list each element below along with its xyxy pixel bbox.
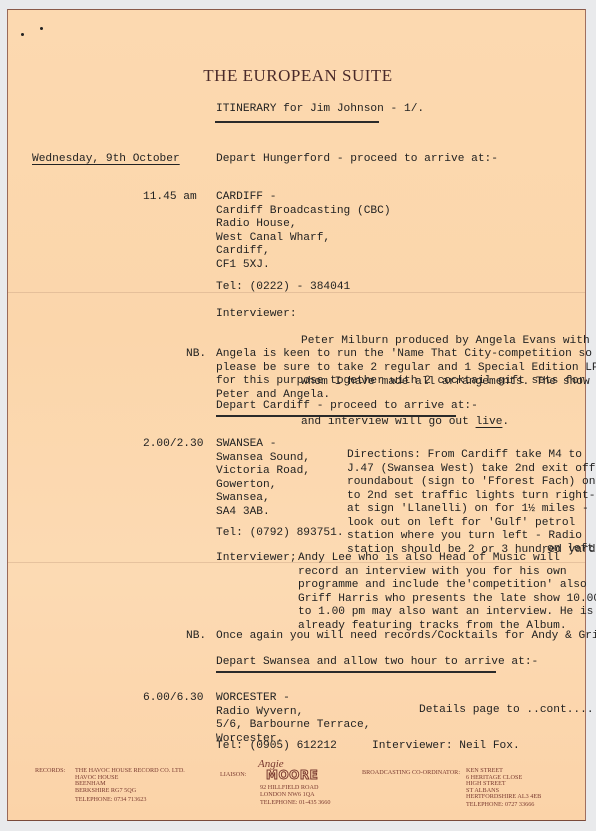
depart-underline <box>216 671 496 673</box>
text-line: CF1 5XJ. <box>216 259 391 273</box>
text-line: HERTFORDSHIRE AL3 4EB <box>466 794 541 801</box>
text-line: SA4 3AB. <box>216 506 310 520</box>
stop-telephone: Tel: (0222) - 384041 <box>216 281 350 295</box>
records-address: THE HAVOC HOUSE RECORD CO. LTD.HAVOC HOU… <box>75 768 185 794</box>
stop-telephone: Tel: (0792) 893751. <box>216 527 344 541</box>
text-line: LONDON NW6 1QA <box>260 792 318 799</box>
text-line: to 1.00 pm may also want an interview. H… <box>298 606 596 620</box>
text-line: Cardiff, <box>216 245 391 259</box>
text-line: Peter Milburn produced by Angela Evans w… <box>301 335 590 349</box>
liaison-address: 92 HILLFIELD ROADLONDON NW6 1QA <box>260 785 318 798</box>
continued-note: Details page to ..cont.... <box>419 704 594 718</box>
nb-label: NB. <box>186 630 206 644</box>
interviewer-note: Interviewer: Neil Fox. <box>372 740 520 754</box>
itinerary-subtitle: ITINERARY for Jim Johnson - 1/. <box>216 103 424 117</box>
text-line: at sign 'Llanelli) on for 1½ miles - <box>347 503 596 517</box>
text-fragment: and interview will go out <box>301 416 476 428</box>
angie-moore-logo-block: MOORE <box>266 768 318 782</box>
letterhead-title: THE EUROPEAN SUITE <box>0 66 596 86</box>
text-line: to 2nd set traffic lights turn right- <box>347 490 596 504</box>
interviewer-label: Interviewer: <box>216 308 297 322</box>
interviewer-details: Andy Lee who is also Head of Music willr… <box>298 552 596 633</box>
text-line: 5/6, Barbourne Terrace, <box>216 719 370 733</box>
text-line: J.47 (Swansea West) take 2nd exit off <box>347 463 596 477</box>
text-line: SWANSEA - <box>216 438 310 452</box>
coordinator-label: BROADCASTING CO-ORDINATOR: <box>362 770 460 777</box>
text-line: please be sure to take 2 regular and 1 S… <box>216 362 596 376</box>
text-line: Radio Wyvern, <box>216 706 370 720</box>
text-line: roundabout (sign to 'Fforest Fach) on <box>347 476 596 490</box>
liaison-telephone: TELEPHONE: 01-435 3660 <box>260 800 330 807</box>
depart-underline <box>216 415 456 417</box>
text-line: for this purpose together with 2 cocktai… <box>216 375 596 389</box>
text-line: BERKSHIRE RG7 5QG <box>75 788 185 795</box>
stop-address: WORCESTER -Radio Wyvern,5/6, Barbourne T… <box>216 692 370 746</box>
stop-address: SWANSEA -Swansea Sound,Victoria Road,Gow… <box>216 438 310 519</box>
text-line: West Canal Wharf, <box>216 232 391 246</box>
text-line: Swansea, <box>216 492 310 506</box>
text-line: Angela is keen to run the 'Name That Cit… <box>216 348 596 362</box>
liaison-label: LIAISON: <box>220 772 246 779</box>
text-line: Andy Lee who is also Head of Music will <box>298 552 596 566</box>
itinerary-date: Wednesday, 9th October <box>32 153 180 167</box>
depart-cardiff: Depart Cardiff - proceed to arrive at:- <box>216 400 478 414</box>
text-line: programme and include the'competition' a… <box>298 579 596 593</box>
stop-time: 11.45 am <box>143 191 197 205</box>
text-line: Victoria Road, <box>216 465 310 479</box>
depart-swansea: Depart Swansea and allow two hour to arr… <box>216 656 538 670</box>
interviewer-label: Interviewer; <box>216 552 297 566</box>
text-line: look out on left for 'Gulf' petrol <box>347 517 596 531</box>
subtitle-underline <box>215 121 379 123</box>
nb-label: NB. <box>186 348 206 362</box>
text-line: Gowerton, <box>216 479 310 493</box>
text-line: Swansea Sound, <box>216 452 310 466</box>
nb-note: Once again you will need records/Cocktai… <box>216 630 596 644</box>
stop-time: 6.00/6.30 <box>143 692 203 706</box>
coordinator-address: KEN STREET6 HERITAGE CLOSEHIGH STREETST … <box>466 768 541 801</box>
coordinator-telephone: TELEPHONE: 0727 33666 <box>466 802 534 809</box>
ink-speck <box>40 27 43 30</box>
stop-address: CARDIFF -Cardiff Broadcasting (CBC)Radio… <box>216 191 391 272</box>
text-line: WORCESTER - <box>216 692 370 706</box>
text-line: station where you turn left - Radio <box>347 530 596 544</box>
depart-hungerford: Depart Hungerford - proceed to arrive at… <box>216 153 498 167</box>
text-line: Griff Harris who presents the late show … <box>298 593 596 607</box>
stop-time: 2.00/2.30 <box>143 438 203 452</box>
stop-telephone: Tel: (0905) 612212 <box>216 740 337 754</box>
records-label: RECORDS: <box>35 768 65 775</box>
ink-speck <box>21 33 24 36</box>
text-line: record an interview with you for his own <box>298 566 596 580</box>
text-line: Radio House, <box>216 218 391 232</box>
text-line: Directions: From Cardiff take M4 to <box>347 449 596 463</box>
text-line: and interview will go out live. <box>301 416 590 430</box>
text-line: CARDIFF - <box>216 191 391 205</box>
text-line: Cardiff Broadcasting (CBC) <box>216 205 391 219</box>
records-telephone: TELEPHONE: 0734 713623 <box>75 797 147 804</box>
nb-note: Angela is keen to run the 'Name That Cit… <box>216 348 596 402</box>
emphasis-live: live <box>476 416 503 428</box>
directions: Directions: From Cardiff take M4 toJ.47 … <box>347 449 596 557</box>
